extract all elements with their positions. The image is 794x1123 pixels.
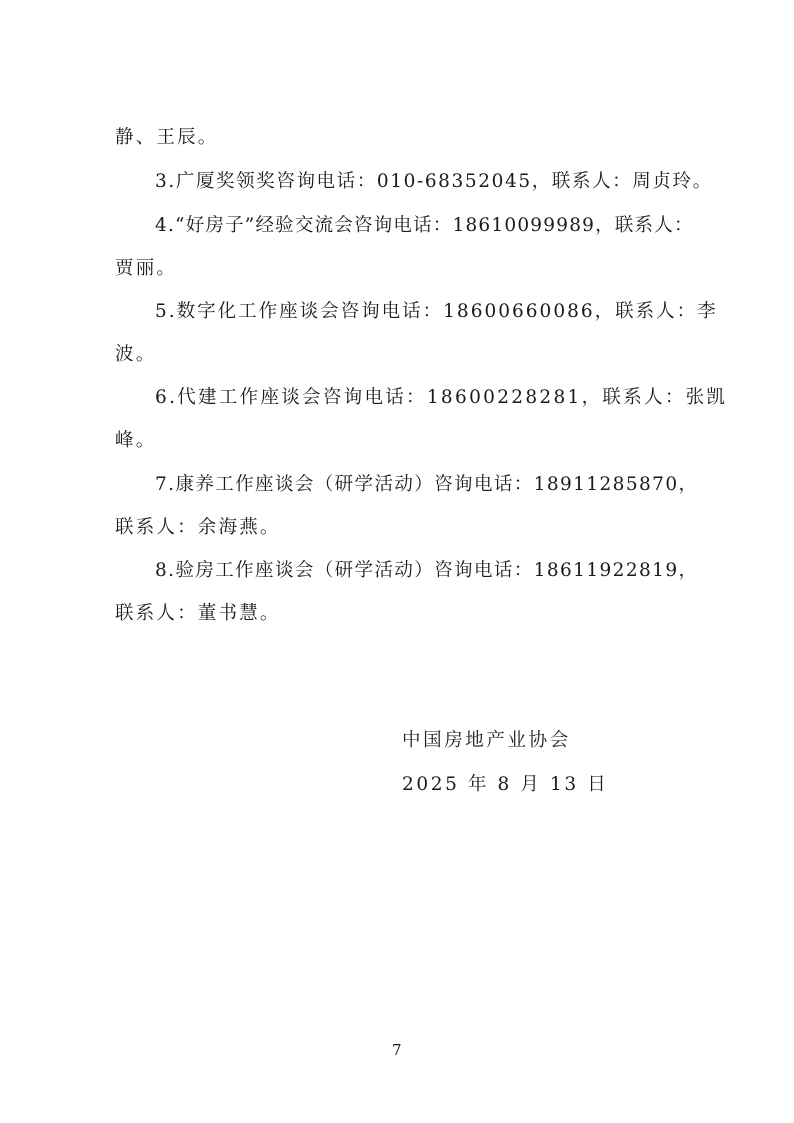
contact-item-6-wrap: 峰。 (115, 429, 156, 453)
signature-date: 2025 年 8 月 13 日 (402, 773, 608, 797)
signature-organization: 中国房地产业协会 (402, 729, 571, 753)
contact-item-5-wrap: 波。 (115, 343, 156, 367)
contact-item-3: 3.广厦奖领奖咨询电话：010-68352045，联系人：周贞玲。 (155, 170, 713, 194)
contact-item-4: 4.“好房子”经验交流会咨询电话：18610099989，联系人： (155, 214, 694, 238)
page-number: 7 (392, 1041, 402, 1059)
contact-item-4-wrap: 贾丽。 (115, 257, 177, 281)
text-line-continuation: 静、王辰。 (115, 126, 219, 150)
contact-item-7: 7.康养工作座谈会（研学活动）咨询电话：18911285870， (155, 473, 698, 497)
contact-item-8-wrap: 联系人：董书慧。 (115, 602, 281, 626)
contact-item-7-wrap: 联系人：余海燕。 (115, 516, 281, 540)
document-page: 静、王辰。 3.广厦奖领奖咨询电话：010-68352045，联系人：周贞玲。 … (0, 0, 794, 1123)
contact-item-5: 5.数字化工作座谈会咨询电话：18600660086，联系人：李 (155, 300, 718, 324)
contact-item-8: 8.验房工作座谈会（研学活动）咨询电话：18611922819， (155, 559, 698, 583)
contact-item-6: 6.代建工作座谈会咨询电话：18600228281，联系人：张凯 (155, 386, 727, 410)
